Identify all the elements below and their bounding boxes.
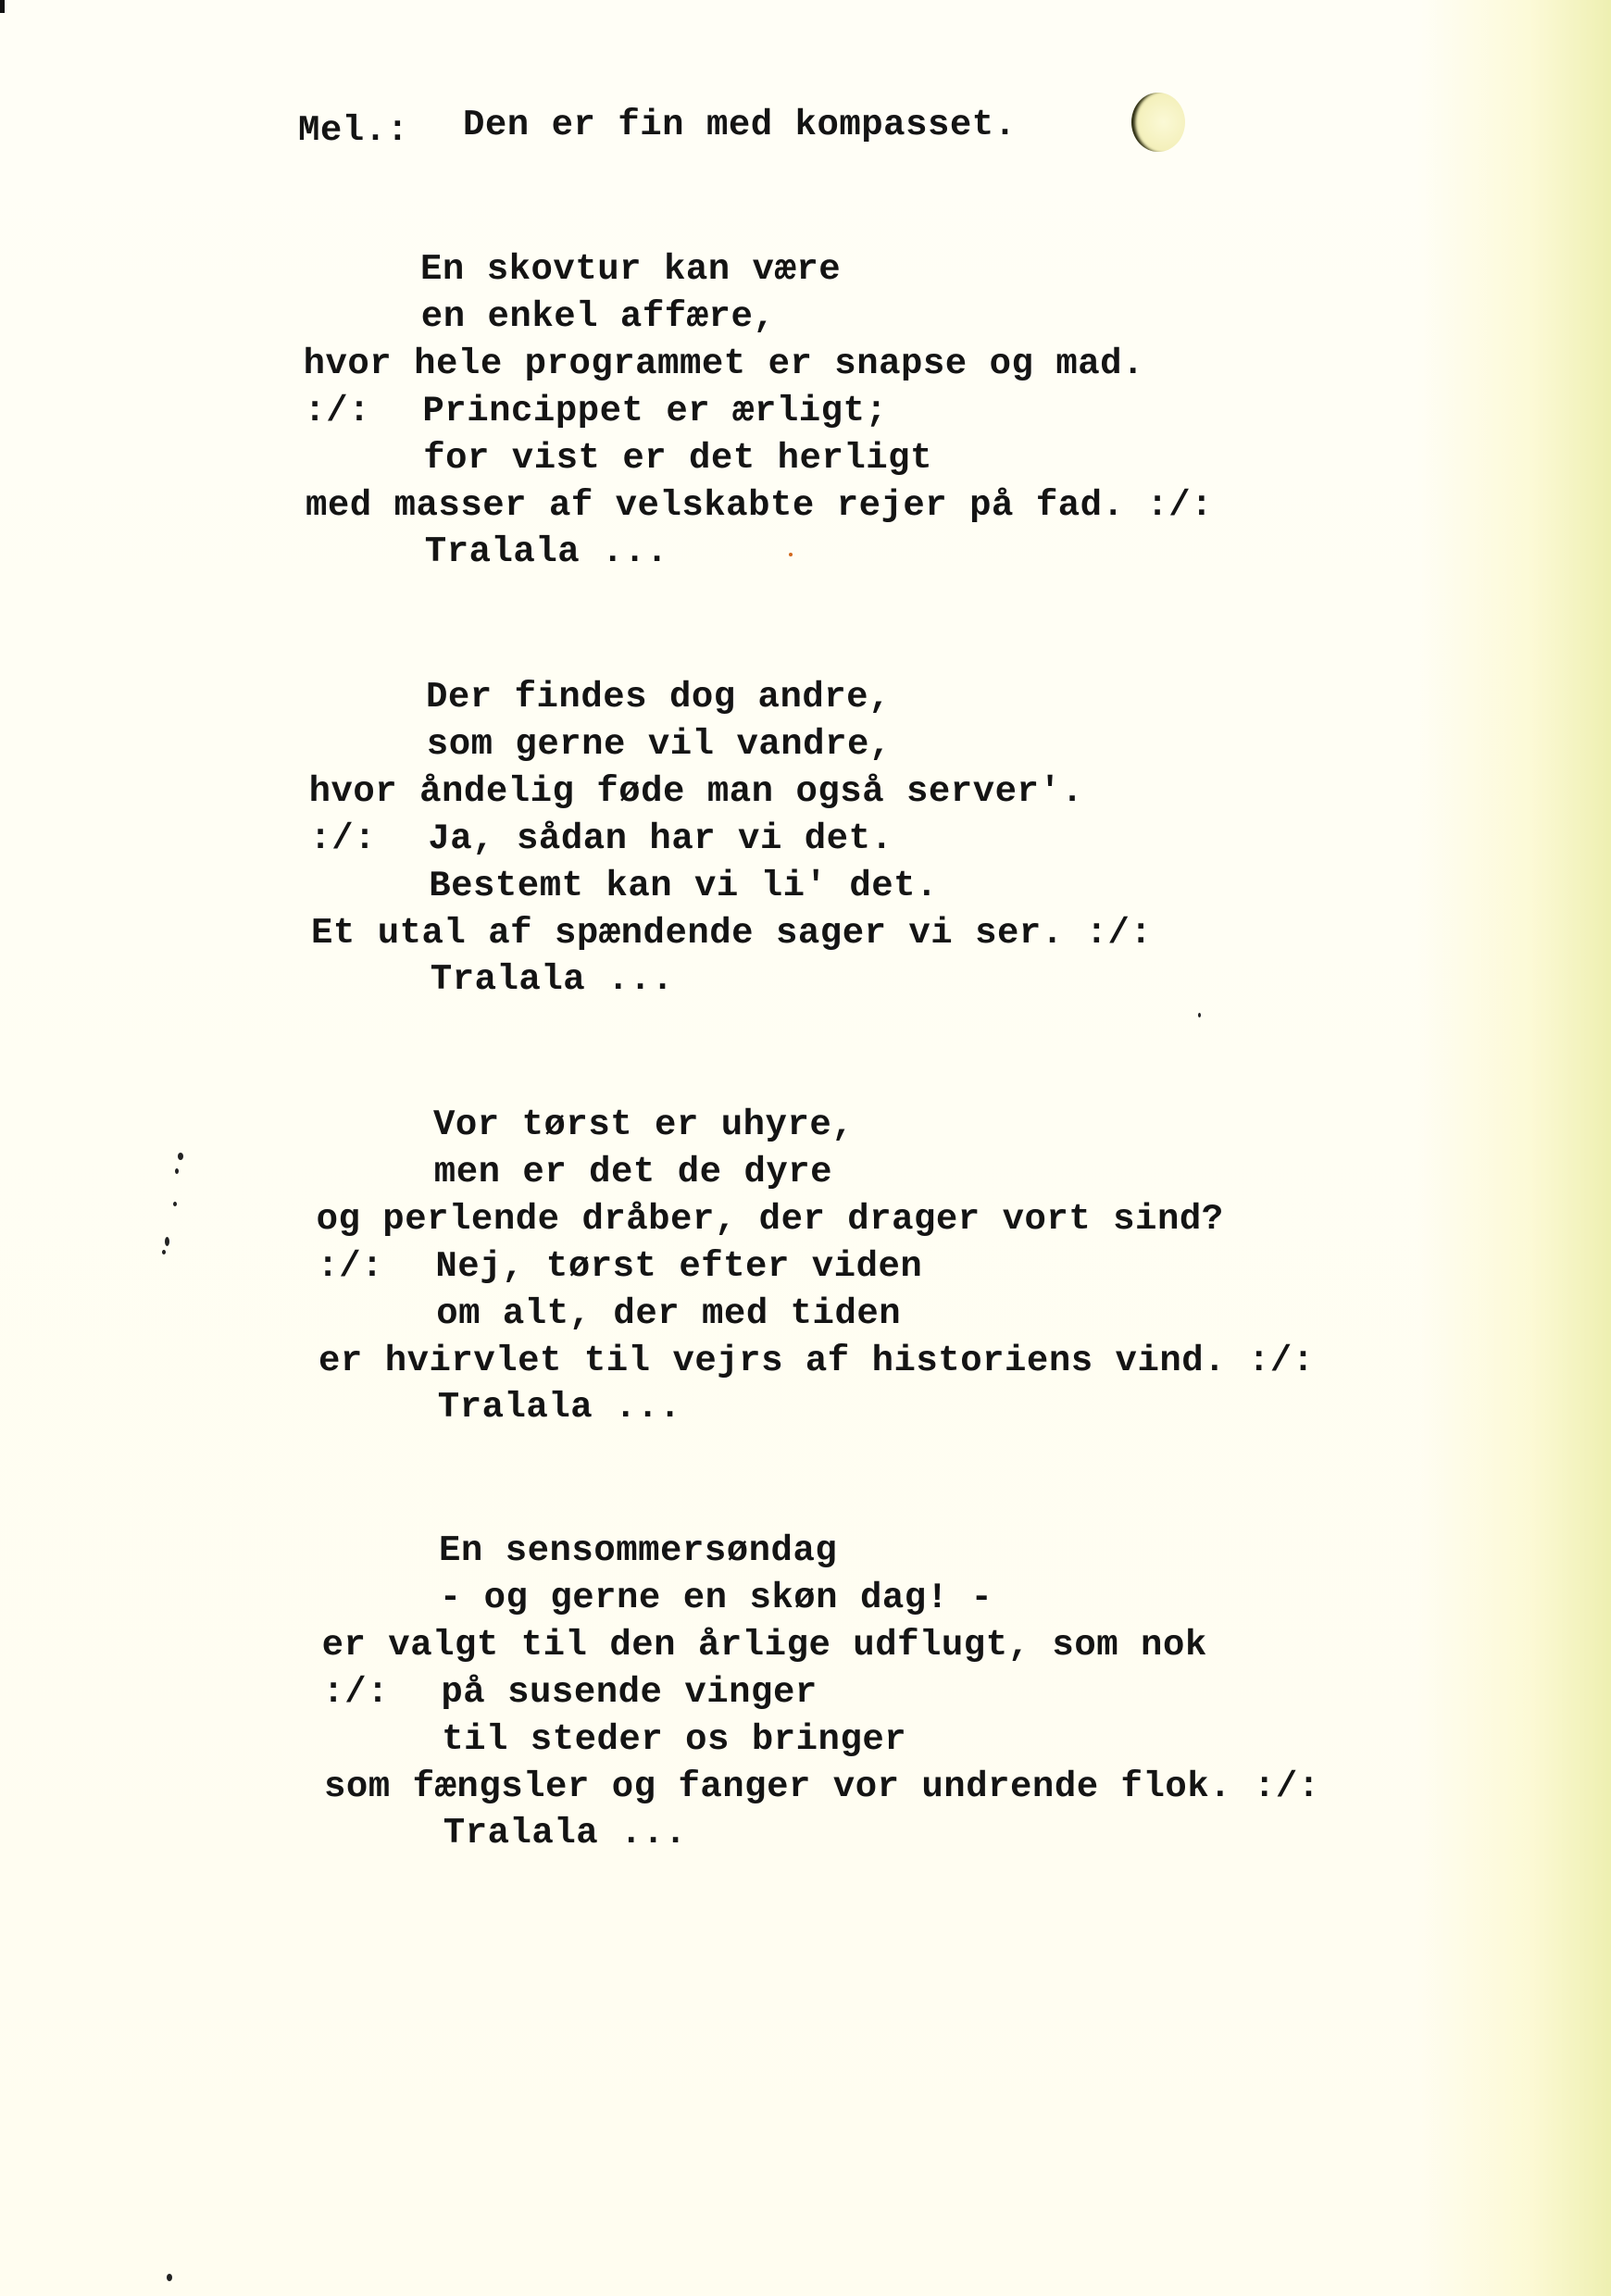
verse-line: - og gerne en skøn dag! - <box>440 1580 993 1616</box>
verse-line: som fængsler og fanger vor undrende flok… <box>324 1769 1320 1805</box>
verse-line: hvor åndelig føde man også server'. <box>309 774 1084 810</box>
verse-line: Princippet er ærligt; <box>422 393 887 430</box>
verse-line: er valgt til den årlige udflugt, som nok <box>322 1628 1207 1664</box>
repeat-mark: :/: <box>304 393 370 430</box>
verse-line: på susende vinger <box>441 1675 817 1711</box>
verse-line: Der findes dog andre, <box>426 680 891 716</box>
verse-line: Ja, sådan har vi det. <box>428 821 893 857</box>
margin-mark <box>167 2274 172 2281</box>
scan-corner-mark <box>0 0 5 13</box>
melody-label: Mel.: <box>298 113 409 149</box>
repeat-mark: :/: <box>322 1675 389 1711</box>
verse-line: og perlende dråber, der drager vort sind… <box>317 1202 1224 1238</box>
margin-mark <box>162 1250 166 1254</box>
margin-mark <box>175 1168 179 1174</box>
punch-hole <box>1131 93 1185 152</box>
margin-mark <box>178 1153 183 1160</box>
verse-line: Tralala ... <box>425 534 668 570</box>
verse-line: til steder os bringer <box>442 1722 906 1758</box>
verse-line: Tralala ... <box>431 962 674 998</box>
repeat-mark: :/: <box>309 821 376 857</box>
verse-line: En sensommersøndag <box>439 1533 837 1569</box>
verse-line: for vist er det herligt <box>423 441 932 477</box>
margin-mark <box>165 1237 169 1246</box>
verse-line: men er det de dyre <box>434 1154 832 1191</box>
verse-line: er hvirvlet til vejrs af historiens vind… <box>318 1343 1315 1379</box>
verse-line: Nej, tørst efter viden <box>435 1249 922 1285</box>
verse-line: en enkel affære, <box>421 299 775 335</box>
repeat-mark: :/: <box>317 1249 383 1285</box>
verse-line: Bestemt kan vi li' det. <box>429 868 938 905</box>
verse-line: Tralala ... <box>438 1390 681 1426</box>
verse-line: Et utal af spændende sager vi ser. :/: <box>311 916 1152 952</box>
verse-line: hvor hele programmet er snapse og mad. <box>304 346 1144 382</box>
verse-line: som gerne vil vandre, <box>427 727 892 763</box>
verse-line: Vor tørst er uhyre, <box>433 1107 854 1143</box>
verse-line: med masser af velskabte rejer på fad. :/… <box>306 488 1213 524</box>
dust-speck <box>789 553 793 556</box>
verse-line: Tralala ... <box>443 1816 687 1852</box>
margin-mark <box>173 1202 177 1206</box>
verse-line: om alt, der med tiden <box>436 1296 901 1332</box>
dust-speck <box>1198 1013 1201 1017</box>
verse-line: En skovtur kan være <box>420 252 841 288</box>
typewritten-page: Mel.: Den er fin med kompasset. En skovt… <box>0 0 1611 2296</box>
melody-title: Den er fin med kompasset. <box>463 107 1017 143</box>
